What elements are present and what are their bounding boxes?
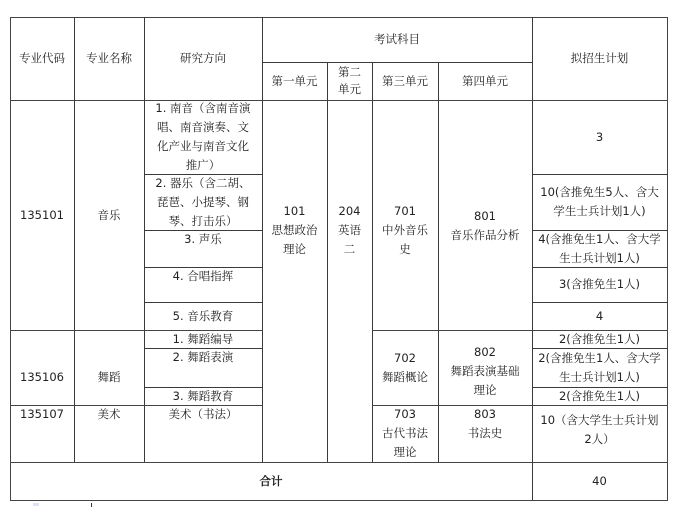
plan-music-1: 3 [532,100,667,174]
direction-art-1: 美术（书法） [144,405,262,462]
direction-dance-1: 1. 舞蹈编导 [144,330,262,348]
direction-dance-3: 3. 舞蹈教育 [144,387,262,405]
header-enrollment-plan: 拟招生计划 [532,17,667,100]
header-research-direction: 研究方向 [144,17,262,100]
shared-unit-1: 101 思想政治 理论 [262,190,327,270]
plan-dance-3: 2(含推免生1人) [532,387,667,405]
dance-unit-4: 802 舞蹈表演基础 理论 [438,338,532,405]
total-value: 40 [532,462,667,500]
music-unit-3: 701 中外音乐 史 [372,190,438,270]
music-unit-4: 801 音乐作品分析 [438,207,532,267]
direction-music-1: 1. 南音（含南音演唱、南音演奏、文化产业与南音文化推广） [144,100,262,174]
dance-unit-3: 702 舞蹈概论 [372,330,438,405]
direction-music-5: 5. 音乐教育 [144,302,262,330]
shared-unit-2: 204 英语 二 [327,190,372,270]
header-exam-subjects: 考试科目 [262,17,532,62]
art-unit-3: 703 古代书法 理论 [372,405,438,462]
header-unit-4: 第四单元 [438,62,532,100]
plan-music-3: 4(含推免生1人、含大学生士兵计划1人) [532,230,667,267]
table-border-bottom [10,500,668,501]
direction-music-4: 4. 合唱指挥 [144,267,262,302]
header-unit-2: 第二 单元 [327,62,372,100]
major-name-music: 音乐 [74,100,144,330]
header-major-name: 专业名称 [74,17,144,100]
plan-music-5: 4 [532,302,667,330]
plan-dance-1: 2(含推免生1人) [532,330,667,348]
total-label: 合计 [10,462,532,500]
major-code-art: 135107 [10,405,74,462]
direction-music-3: 3. 声乐 [144,230,262,267]
major-code-music: 135101 [10,100,74,330]
direction-dance-2: 2. 舞蹈表演 [144,348,262,387]
table-border-right [667,17,668,501]
faint-artifact-mark [33,503,39,506]
header-unit-3: 第三单元 [372,62,438,100]
major-code-dance: 135106 [10,330,74,405]
dot-artifact-mark [91,503,92,507]
plan-dance-2: 2(含推免生1人、含大学生士兵计划1人) [532,348,667,387]
art-unit-4: 803 书法史 [438,405,532,462]
major-name-art: 美术 [74,405,144,462]
header-unit-1: 第一单元 [262,62,327,100]
plan-music-2: 10(含推免生5人、含大学生士兵计划1人) [532,174,667,230]
header-major-code: 专业代码 [10,17,74,100]
plan-art-1: 10（含大学生士兵计划2人） [532,405,667,455]
major-name-dance: 舞蹈 [74,330,144,405]
direction-music-2: 2. 器乐（含二胡、琵琶、小提琴、钢琴、打击乐） [144,174,262,230]
plan-music-4: 3(含推免生1人) [532,267,667,302]
